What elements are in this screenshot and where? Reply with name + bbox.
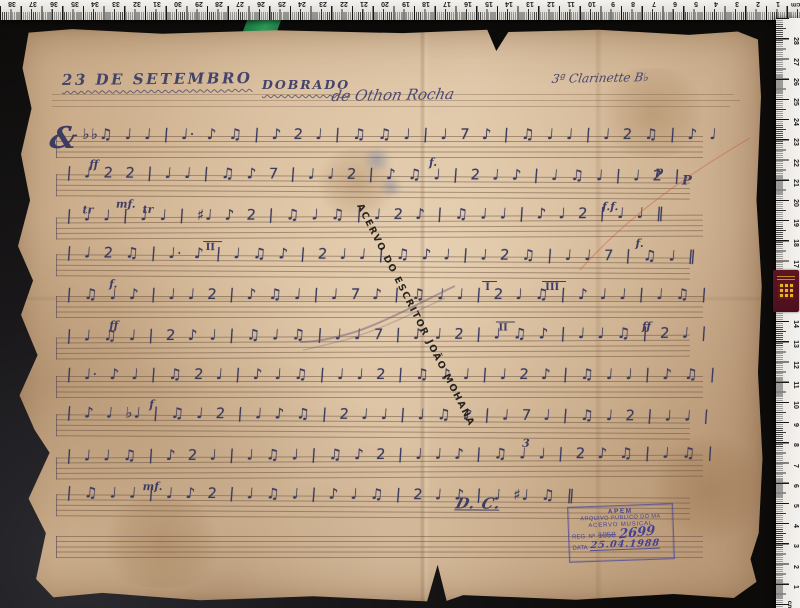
staff-system: | ♩ ♩ | ♩ ♩ | ♯♩ ♪ 2 | ♫ ♩ ♫ | ♩ 2 ♪ | ♫…	[56, 207, 722, 250]
top-ruler: cm 1234567891011121314151617181920212223…	[0, 0, 800, 20]
top-ruler-number: 15	[482, 0, 496, 7]
top-ruler-number: 22	[337, 0, 351, 7]
right-ruler-number: 19	[785, 216, 799, 230]
right-ruler-number: 5	[785, 499, 799, 513]
paper-hole	[16, 538, 41, 567]
staff-system: | ♩· ♪ ♩ | ♫ 2 ♩ | ♪ ♩ ♫ | ♩ ♩ 2 | ♫ ♪ ♩…	[56, 368, 722, 408]
top-ruler-number: 34	[88, 0, 102, 7]
right-ruler-number: 20	[785, 196, 799, 210]
right-ruler-number: 3	[785, 539, 799, 553]
dynamic-marking: tr	[142, 203, 153, 216]
volta-mark: I	[482, 281, 497, 293]
right-ruler-number: 24	[785, 115, 799, 129]
music-notation: ♭♭♫ ♩ ♩ | ♩· ♪ ♫ | ♪ 2 ♩ | ♫ ♫ ♩ | ♩ 7 ♪…	[81, 127, 723, 161]
da-capo-mark: D. C.	[453, 494, 502, 512]
top-ruler-number: 24	[295, 0, 309, 7]
piece-title: 23 DE SETEMBRO	[62, 69, 253, 89]
right-ruler-number: 10	[785, 398, 799, 412]
right-ruler-number: 2	[785, 560, 799, 574]
right-ruler-number: 26	[785, 75, 799, 89]
top-ruler-number: 38	[5, 0, 19, 7]
instrument-part-label: 3ª Clarinette B♭	[551, 70, 650, 86]
top-ruler-number: 5	[689, 0, 703, 7]
treble-clef-icon: &	[48, 121, 80, 156]
staff-system: &♭♭♫ ♩ ♩ | ♩· ♪ ♫ | ♪ 2 ♩ | ♫ ♫ ♩ | ♩ 7 …	[56, 128, 722, 168]
top-ruler-number: 28	[212, 0, 226, 7]
top-ruler-number: 31	[150, 0, 164, 7]
right-ruler-number: 11	[785, 378, 799, 392]
top-ruler-number: 25	[275, 0, 289, 7]
top-ruler-number: 21	[357, 0, 371, 7]
top-ruler-number: 4	[709, 0, 723, 7]
dynamic-marking: ff	[642, 320, 651, 333]
top-ruler-cm-ticks	[0, 6, 800, 20]
music-notation: | ♪ ♩ ♭♩ | ♫ ♩ 2 | ♩ ♪ ♫ | 2 ♩ ♩ | ♩ ♫ ♪…	[65, 405, 724, 442]
manuscript-page: 23 DE SETEMBRO DOBRADO de Othon Rocha 3ª…	[12, 28, 764, 602]
top-ruler-number: 6	[668, 0, 682, 7]
right-ruler-number: 14	[785, 317, 799, 331]
top-ruler-number: 18	[419, 0, 433, 7]
right-ruler-number: 6	[785, 479, 799, 493]
top-ruler-number: 16	[461, 0, 475, 7]
right-ruler-number: 12	[785, 358, 799, 372]
top-ruler-number: 33	[109, 0, 123, 7]
right-ruler-number: 13	[785, 337, 799, 351]
top-ruler-number: 23	[316, 0, 330, 7]
registry-stamp: APEM ARQUIVO PÚBLICO DO MA ACERVO MUSICA…	[567, 503, 675, 563]
staff-system: | ♫ ♩ ♪ | ♩ ♩ 2 | ♪ ♫ ♩ | ♩ 7 ♪ | ♫ ♩ ♩ …	[56, 288, 722, 328]
music-notation: | ♩ ♫ ♩ | 2 ♪ ♩ | ♫ ♩ ♫ | ♩ ♩ 7 | ♪ ♩ 2 …	[65, 326, 723, 363]
top-ruler-number: 37	[26, 0, 40, 7]
right-ruler-unit-label: cm	[786, 601, 793, 608]
music-notation: | ♩ ♩ | ♩ ♩ | ♯♩ ♪ 2 | ♫ ♩ ♫ | ♩ 2 ♪ | ♫…	[65, 206, 723, 243]
top-ruler-number: 26	[254, 0, 268, 7]
stamp-date-label: DATA	[572, 545, 587, 552]
staff-system: | ♪ ♩ ♭♩ | ♫ ♩ 2 | ♩ ♪ ♫ | 2 ♩ ♩ | ♩ ♫ ♪…	[56, 406, 722, 449]
staff-system: | ♩ ♩ ♫ | ♪ 2 ♩ | ♩ ♫ ♩ | ♫ ♪ 2 | ♩ ♩ ♪ …	[56, 447, 722, 490]
right-ruler-number: 28	[785, 34, 799, 48]
staff-system: | ♩ 2 2 | ♩ ♩ | ♫ ♪ 7 | ♩ ♩ 2 | ♪ ♫ ♩ | …	[56, 166, 722, 209]
right-ruler-number: 22	[785, 156, 799, 170]
music-notation: | ♩ 2 2 | ♩ ♩ | ♫ ♪ 7 | ♩ ♩ 2 | ♪ ♫ ♩ | …	[65, 165, 724, 202]
top-ruler-number: 9	[606, 0, 620, 7]
right-ruler: cm 1234567891011121314151617181920212223…	[776, 18, 800, 608]
right-ruler-number: 21	[785, 176, 799, 190]
top-ruler-number: 8	[626, 0, 640, 7]
top-ruler-number: 3	[730, 0, 744, 7]
top-ruler-number: 20	[378, 0, 392, 7]
right-ruler-number: 25	[785, 95, 799, 109]
right-ruler-number: 18	[785, 236, 799, 250]
top-ruler-number: 1	[771, 0, 785, 7]
dynamic-marking: P	[682, 174, 692, 189]
dynamic-marking: p	[655, 164, 663, 177]
music-staves: &♭♭♫ ♩ ♩ | ♩· ♪ ♫ | ♪ 2 ♩ | ♫ ♫ ♩ | ♩ 7 …	[56, 128, 722, 568]
top-ruler-number: 27	[233, 0, 247, 7]
top-ruler-unit-label: cm	[791, 1, 800, 8]
top-ruler-number: 35	[68, 0, 82, 7]
right-ruler-number: 27	[785, 55, 799, 69]
top-ruler-number: 17	[440, 0, 454, 7]
right-ruler-number: 23	[785, 135, 799, 149]
top-ruler-number: 12	[544, 0, 558, 7]
top-ruler-number: 13	[523, 0, 537, 7]
volta-mark: II	[203, 241, 222, 253]
dynamic-marking: tr	[83, 203, 94, 216]
ruled-line	[52, 106, 730, 107]
top-ruler-number: 30	[171, 0, 185, 7]
top-ruler-number: 10	[585, 0, 599, 7]
top-ruler-number: 36	[47, 0, 61, 7]
volta-mark: III	[542, 281, 566, 293]
top-ruler-number: 32	[130, 0, 144, 7]
sticker-emblem-icon	[778, 283, 794, 299]
music-notation: | ♫ ♩ ♪ | ♩ ♩ 2 | ♪ ♫ ♩ | ♩ 7 ♪ | ♫ ♩ ♩ …	[65, 287, 723, 321]
top-ruler-number: 14	[502, 0, 516, 7]
right-ruler-number: 4	[785, 519, 799, 533]
top-ruler-number: 11	[564, 0, 578, 7]
right-ruler-number: 1	[785, 580, 799, 594]
right-ruler-number: 9	[785, 418, 799, 432]
top-ruler-number: 2	[751, 0, 765, 7]
volta-mark: II	[495, 321, 514, 333]
right-ruler-number: 7	[785, 459, 799, 473]
right-ruler-number: 8	[785, 438, 799, 452]
right-ruler-number: 17	[785, 257, 799, 271]
top-ruler-number: 29	[192, 0, 206, 7]
top-ruler-number: 19	[399, 0, 413, 7]
stamp-date-value: 25.04.1988	[590, 539, 661, 551]
staff-system: | ♩ ♫ ♩ | 2 ♪ ♩ | ♫ ♩ ♫ | ♩ ♩ 7 | ♪ ♩ 2 …	[56, 327, 722, 370]
top-ruler-number: 7	[647, 0, 661, 7]
music-notation: | ♩· ♪ ♩ | ♫ 2 ♩ | ♪ ♩ ♫ | ♩ ♩ 2 | ♫ ♪ ♩…	[65, 367, 723, 401]
composer-credit: de Othon Rocha	[330, 85, 456, 105]
music-notation: | ♩ ♩ ♫ | ♪ 2 ♩ | ♩ ♫ ♩ | ♫ ♪ 2 | ♩ ♩ ♪ …	[65, 446, 723, 483]
ruler-logo-sticker	[773, 270, 799, 312]
sticker-text-lines	[777, 274, 795, 280]
